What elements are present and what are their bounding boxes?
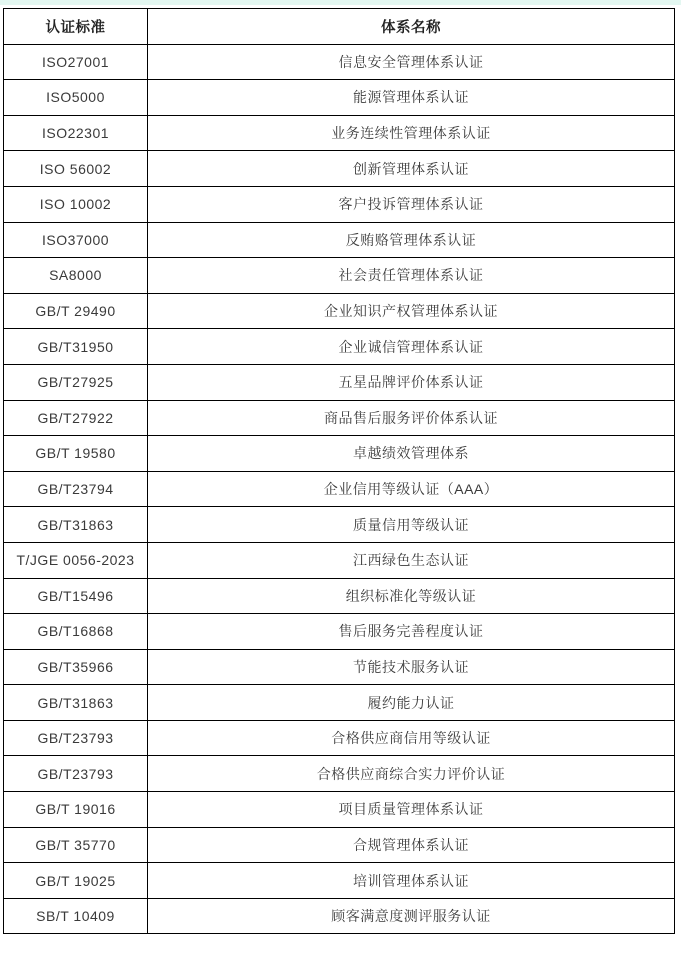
system-name-cell: 创新管理体系认证 [148,151,675,187]
table-row: ISO22301业务连续性管理体系认证 [4,115,675,151]
header-cell-system-name: 体系名称 [148,9,675,45]
system-name-cell: 企业信用等级认证（AAA） [148,471,675,507]
table-row: GB/T27922商品售后服务评价体系认证 [4,400,675,436]
standard-cell: GB/T 35770 [4,827,148,863]
system-name-cell: 项目质量管理体系认证 [148,792,675,828]
table-row: GB/T35966节能技术服务认证 [4,649,675,685]
table-row: GB/T27925五星品牌评价体系认证 [4,364,675,400]
system-name-cell: 培训管理体系认证 [148,863,675,899]
standard-cell: GB/T15496 [4,578,148,614]
table-row: GB/T 19580卓越绩效管理体系 [4,436,675,472]
standard-cell: GB/T31863 [4,685,148,721]
system-name-cell: 反贿赂管理体系认证 [148,222,675,258]
top-accent-strip [0,0,681,5]
system-name-cell: 顾客满意度测评服务认证 [148,898,675,934]
system-name-cell: 信息安全管理体系认证 [148,44,675,80]
standard-cell: ISO22301 [4,115,148,151]
standard-cell: GB/T 29490 [4,293,148,329]
standard-cell: GB/T27925 [4,364,148,400]
standard-cell: SB/T 10409 [4,898,148,934]
table-row: GB/T 19025培训管理体系认证 [4,863,675,899]
standard-cell: GB/T27922 [4,400,148,436]
system-name-cell: 卓越绩效管理体系 [148,436,675,472]
system-name-cell: 五星品牌评价体系认证 [148,364,675,400]
header-cell-standard: 认证标准 [4,9,148,45]
table-row: SB/T 10409顾客满意度测评服务认证 [4,898,675,934]
system-name-cell: 企业知识产权管理体系认证 [148,293,675,329]
system-name-cell: 组织标准化等级认证 [148,578,675,614]
table-header: 认证标准 体系名称 [4,9,675,45]
table-row: T/JGE 0056-2023江西绿色生态认证 [4,542,675,578]
standard-cell: ISO5000 [4,80,148,116]
standard-cell: GB/T35966 [4,649,148,685]
system-name-cell: 江西绿色生态认证 [148,542,675,578]
standard-cell: ISO 10002 [4,186,148,222]
system-name-cell: 业务连续性管理体系认证 [148,115,675,151]
table-body: ISO27001信息安全管理体系认证ISO5000能源管理体系认证ISO2230… [4,44,675,934]
standard-cell: GB/T23793 [4,720,148,756]
table-row: ISO37000反贿赂管理体系认证 [4,222,675,258]
standard-cell: GB/T31950 [4,329,148,365]
standard-cell: GB/T 19025 [4,863,148,899]
standard-cell: ISO27001 [4,44,148,80]
standard-cell: T/JGE 0056-2023 [4,542,148,578]
table-row: GB/T15496组织标准化等级认证 [4,578,675,614]
system-name-cell: 履约能力认证 [148,685,675,721]
standard-cell: GB/T 19580 [4,436,148,472]
system-name-cell: 客户投诉管理体系认证 [148,186,675,222]
standard-cell: ISO 56002 [4,151,148,187]
table-row: GB/T23793合格供应商信用等级认证 [4,720,675,756]
table-row: SA8000社会责任管理体系认证 [4,258,675,294]
standard-cell: SA8000 [4,258,148,294]
system-name-cell: 社会责任管理体系认证 [148,258,675,294]
table-row: GB/T 35770合规管理体系认证 [4,827,675,863]
system-name-cell: 企业诚信管理体系认证 [148,329,675,365]
table-row: GB/T 19016项目质量管理体系认证 [4,792,675,828]
system-name-cell: 能源管理体系认证 [148,80,675,116]
table-row: GB/T16868售后服务完善程度认证 [4,614,675,650]
table-row: ISO27001信息安全管理体系认证 [4,44,675,80]
table-row: GB/T23794企业信用等级认证（AAA） [4,471,675,507]
page: 认证标准 体系名称 ISO27001信息安全管理体系认证ISO5000能源管理体… [0,0,681,968]
table-row: ISO5000能源管理体系认证 [4,80,675,116]
table-row: GB/T31950企业诚信管理体系认证 [4,329,675,365]
header-row: 认证标准 体系名称 [4,9,675,45]
system-name-cell: 合格供应商综合实力评价认证 [148,756,675,792]
system-name-cell: 商品售后服务评价体系认证 [148,400,675,436]
table-row: ISO 56002创新管理体系认证 [4,151,675,187]
table-row: GB/T23793合格供应商综合实力评价认证 [4,756,675,792]
standard-cell: GB/T 19016 [4,792,148,828]
standard-cell: GB/T16868 [4,614,148,650]
standard-cell: GB/T23794 [4,471,148,507]
system-name-cell: 节能技术服务认证 [148,649,675,685]
certification-table: 认证标准 体系名称 ISO27001信息安全管理体系认证ISO5000能源管理体… [3,8,675,934]
system-name-cell: 合格供应商信用等级认证 [148,720,675,756]
table-row: GB/T31863履约能力认证 [4,685,675,721]
standard-cell: GB/T31863 [4,507,148,543]
table-row: ISO 10002客户投诉管理体系认证 [4,186,675,222]
table-row: GB/T31863质量信用等级认证 [4,507,675,543]
standard-cell: ISO37000 [4,222,148,258]
table-row: GB/T 29490企业知识产权管理体系认证 [4,293,675,329]
system-name-cell: 合规管理体系认证 [148,827,675,863]
system-name-cell: 售后服务完善程度认证 [148,614,675,650]
system-name-cell: 质量信用等级认证 [148,507,675,543]
standard-cell: GB/T23793 [4,756,148,792]
